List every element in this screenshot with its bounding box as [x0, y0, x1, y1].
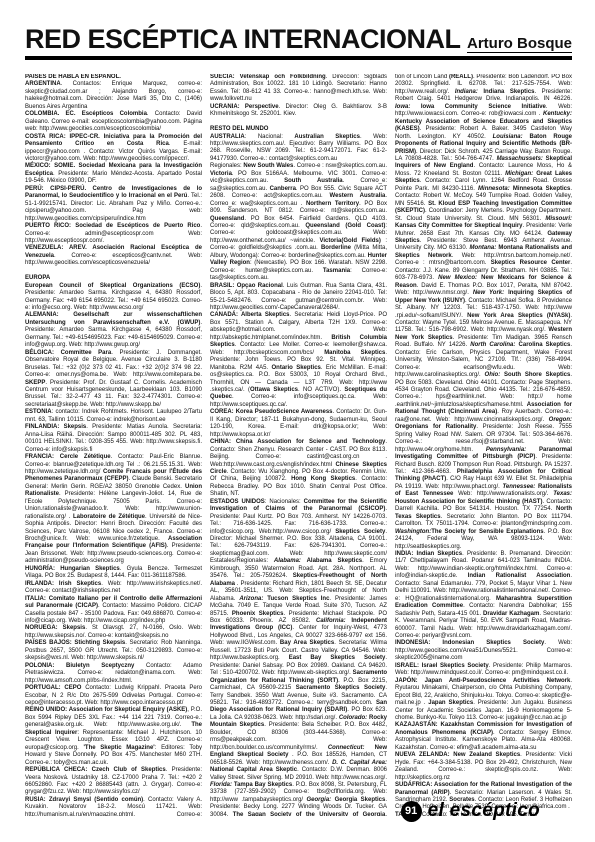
- page-title: RED ESCÉPTICA INTERNACIONAL: [25, 26, 461, 53]
- directory-entry: BÉLGICA: Committee Para. Presidente: J. …: [25, 350, 202, 410]
- directory-entry: COSTA RICA: IPPEC-CR. Iniciativa para la…: [25, 134, 202, 164]
- directory-entry: COREA: Korea PseudoScience Awareness. Co…: [210, 409, 387, 439]
- directory-entry: PORTUGAL: CEPO Contacto: Ludwig Krippahl…: [25, 685, 202, 707]
- directory-entry: ESTADOS UNIDOS: Nacionales: Committee fo…: [210, 499, 387, 816]
- directory-entry: PAÍSES DE HABLA EN ESPAÑOL.: [25, 74, 202, 81]
- column-3: tion of Lincoln Land (REALL). Presidente…: [395, 74, 572, 816]
- directory-entry: ESTONIA: contacto: Indrek Rohtmets. Hori…: [25, 409, 202, 424]
- directory-entry: ALEMANIA: Gesellschaft zur wissenschaftl…: [25, 312, 202, 349]
- directory-entry: HUNGRÍA: Hungarian Skeptics. Gyula Bencz…: [25, 566, 202, 581]
- directory-entry: INDONESIA: Indonesian Skeptics Society. …: [395, 640, 572, 662]
- directory-entry: INDIA: Indian Skeptics. Presidente: B. P…: [395, 551, 572, 640]
- directory-entry: AUSTRALIA: Nacional: Australian Skeptics…: [210, 134, 387, 164]
- directory-entry: MÉXICO: SOMIE. Sociedad Mexicana para la…: [25, 163, 202, 185]
- directory-entry: JAPÓN: Japan Anti-Pseudoscience Activiti…: [395, 678, 572, 723]
- directory-entry: IRLANDA: Irish Skeptics. Web: http://www…: [25, 581, 202, 596]
- magazine-footer: 91 el escéptico: [401, 800, 540, 822]
- directory-entry: FRANCIA: Cercle Zététique. Contacto: Pau…: [25, 454, 202, 566]
- magazine-page: RED ESCÉPTICA INTERNACIONAL Arturo Bosqu…: [0, 0, 595, 842]
- directory-entry: SUECIA: Vetenskap och Folkbildning. Dire…: [210, 74, 387, 104]
- directory-entry: ITALIA: Comitato Italiano per il Control…: [25, 596, 202, 626]
- directory-entry: ISRAEL: Israel Skeptics Society. Preside…: [395, 663, 572, 678]
- directory-entry: CANADÁ: Alberta Skeptics. Secretaria: He…: [210, 312, 387, 409]
- directory-entry: PAÍSES BAJOS: Stichting Skepsis. Secreta…: [25, 640, 202, 662]
- directory-entry: Regionales: New South Wales. Correo-e : …: [210, 163, 387, 282]
- directory-entry: ARGENTINA. Contactos: Enrique Marquez, c…: [25, 81, 202, 111]
- directory-entry: REINO UNIDO: Association for Skeptical E…: [25, 707, 202, 767]
- directory-entry: European Council of Skeptical Organizati…: [25, 283, 202, 313]
- directory-entry: EUROPA: [25, 275, 202, 282]
- directory-entry: RUSIA: Zdravyi Smysl (Sentido común). Co…: [25, 797, 202, 816]
- directory-entry: VENEZUELA: AREV. Asociación Racional Esc…: [25, 245, 202, 267]
- column-2: SUECIA: Vetenskap och Folkbildning. Dire…: [210, 74, 387, 816]
- directory-entry: FINLANDIA: Skepsis. Presidente: Matias A…: [25, 424, 202, 454]
- directory-entry: BRASIL: Opçao Racional. Luis Gutman. Rua…: [210, 283, 387, 313]
- directory-entry: KAZAJASTÁN: Kazakhstan Commission for In…: [395, 722, 572, 752]
- directory-entry: REPÚBLICA CHECA: Czech Club of Skeptics.…: [25, 767, 202, 797]
- column-1: PAÍSES DE HABLA EN ESPAÑOL.ARGENTINA. Co…: [25, 74, 202, 816]
- directory-entry: NORUEGA: Skepsis. St Olavsgt. 27, N-0166…: [25, 625, 202, 640]
- directory-entry: CHINA: China Association for Science and…: [210, 439, 387, 499]
- author-byline: Arturo Bosque: [467, 36, 572, 53]
- directory-entry: PUERTO RICO: Sociedad de Escépticos de P…: [25, 223, 202, 245]
- magazine-name: el escéptico: [428, 800, 540, 822]
- directory-entry: RESTO DEL MUNDO: [210, 126, 387, 133]
- directory-columns: PAÍSES DE HABLA EN ESPAÑOL.ARGENTINA. Co…: [25, 74, 572, 816]
- directory-entry: POLONIA: Biuletyn Sceptyczny Contacto: A…: [25, 663, 202, 685]
- issue-number-badge: 91: [401, 801, 422, 822]
- directory-entry: PERÚ: CIPSI-PERÚ. Centro de Investigacio…: [25, 186, 202, 223]
- directory-entry: COLOMBIA. EC. Escépticos Colombia. Conta…: [25, 111, 202, 133]
- directory-entry: UCRANIA: Perspective. Director: Oleg G. …: [210, 104, 387, 119]
- directory-entry: tion of Lincoln Land (REALL). Presidente…: [395, 74, 572, 551]
- page-header: RED ESCÉPTICA INTERNACIONAL Arturo Bosqu…: [25, 26, 572, 60]
- directory-entry: NUEVA ZELANDA: New Zealand Skeptics. Pre…: [395, 752, 572, 782]
